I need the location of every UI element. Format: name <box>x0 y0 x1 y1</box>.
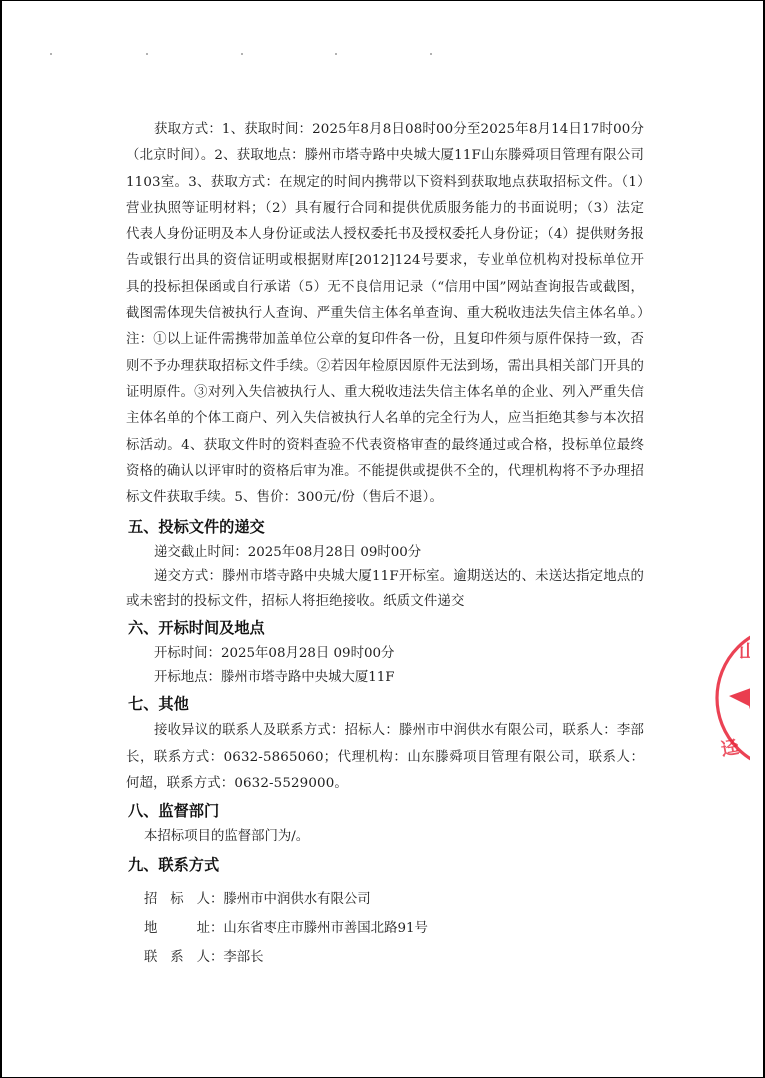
official-seal-stamp: 山 迳 <box>711 618 752 780</box>
submission-deadline: 递交截止时间：2025年08月28日 09时00分 <box>126 541 644 565</box>
section-6-heading: 六、开标时间及地点 <box>128 614 644 642</box>
contact-row-person: 联系人：李部长 <box>126 943 644 972</box>
page-margin <box>750 1 763 1077</box>
contact-value: ：李部长 <box>210 950 264 965</box>
objection-contact-paragraph: 接收异议的联系人及联系方式：招标人：滕州市中润供水有限公司，联系人：李部长，联系… <box>126 718 644 797</box>
section-5-heading: 五、投标文件的递交 <box>128 513 644 541</box>
scan-dot <box>335 53 337 55</box>
supervision-text: 本招标项目的监督部门为/。 <box>126 825 644 849</box>
contact-row-address: 地址：山东省枣庄市滕州市善国北路91号 <box>126 914 644 943</box>
contact-label: 地址 <box>144 914 210 943</box>
section-7-heading: 七、其他 <box>128 690 644 718</box>
contact-row-tenderer: 招标人：滕州市中润供水有限公司 <box>126 885 644 914</box>
seal-char: 迳 <box>719 737 740 761</box>
section-8-heading: 八、监督部门 <box>128 797 644 825</box>
contact-value: ：山东省枣庄市滕州市善国北路91号 <box>210 921 428 936</box>
scan-dot <box>146 53 148 55</box>
opening-place: 开标地点：滕州市塔寺路中央城大厦11F <box>126 666 644 690</box>
scan-marks <box>2 53 763 55</box>
seal-icon: 山 迳 <box>711 618 752 780</box>
scan-dot <box>50 53 52 55</box>
contact-value: ：滕州市中润供水有限公司 <box>210 892 371 907</box>
document-page: 获取方式：1、获取时间：2025年8月8日08时00分至2025年8月14日17… <box>2 1 763 1077</box>
scan-dot <box>241 53 243 55</box>
contact-label: 联系人 <box>144 943 210 972</box>
section-9-heading: 九、联系方式 <box>128 851 644 879</box>
scan-dot <box>430 53 432 55</box>
contact-label: 招标人 <box>144 885 210 914</box>
opening-time: 开标时间：2025年08月28日 09时00分 <box>126 642 644 666</box>
acquisition-paragraph: 获取方式：1、获取时间：2025年8月8日08时00分至2025年8月14日17… <box>126 117 644 511</box>
submission-method: 递交方式：滕州市塔寺路中央城大厦11F开标室。逾期送达的、未送达指定地点的或未密… <box>126 565 644 614</box>
document-body: 获取方式：1、获取时间：2025年8月8日08时00分至2025年8月14日17… <box>126 117 644 972</box>
